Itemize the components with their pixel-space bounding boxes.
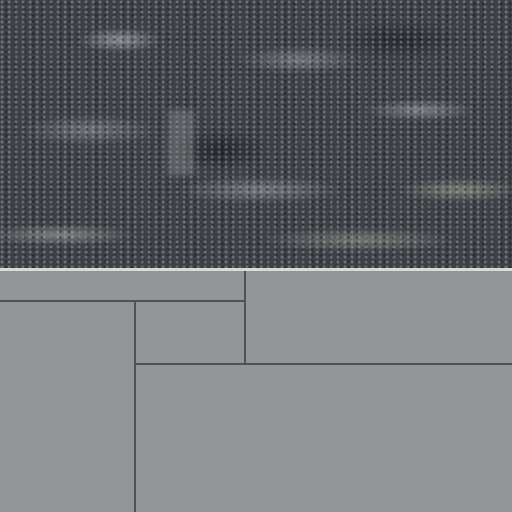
floor-tile xyxy=(136,302,244,363)
grout-line xyxy=(136,363,512,365)
carpet-texture xyxy=(0,0,512,270)
carpet xyxy=(0,0,512,270)
grout-line xyxy=(244,271,246,365)
photo-scene xyxy=(0,0,512,512)
grout-line xyxy=(134,300,136,512)
floor-tile xyxy=(246,271,512,363)
floor-tile xyxy=(0,271,244,300)
tile-floor xyxy=(0,271,512,512)
floor-tile xyxy=(0,302,134,512)
grout-line xyxy=(0,300,246,302)
carpet-light-streak xyxy=(168,110,194,175)
floor-tile xyxy=(136,365,512,512)
